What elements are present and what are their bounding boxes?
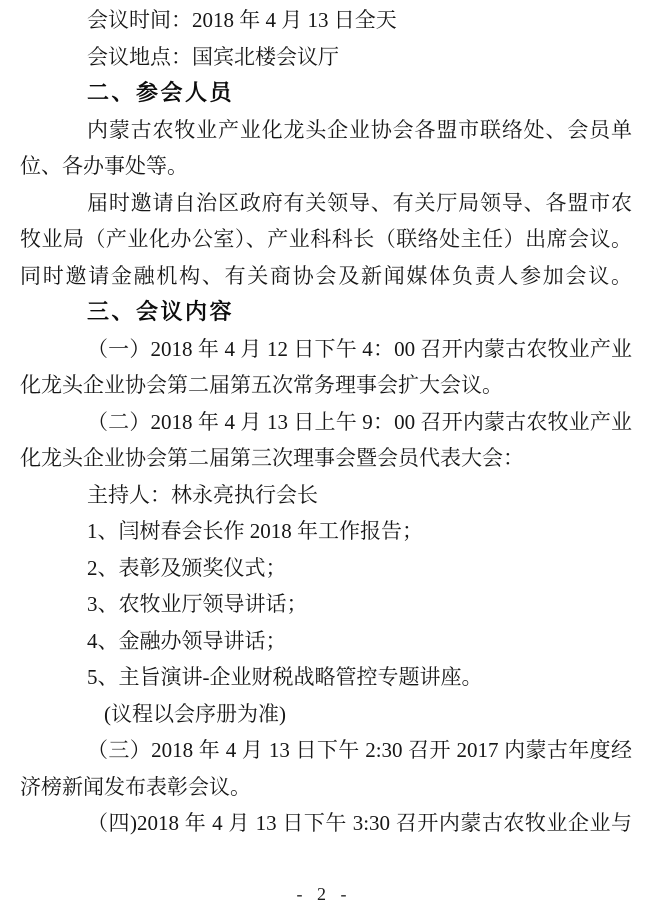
text-line: (议程以会序册为准) [0, 696, 648, 733]
document-body: 会议时间：2018 年 4 月 13 日全天会议地点：国宾北楼会议厅二、参会人员… [0, 2, 648, 842]
text-line: 济榜新闻发布表彰会议。 [0, 769, 648, 806]
section-heading: 二、参会人员 [0, 75, 648, 112]
text-line: 同时邀请金融机构、有关商协会及新闻媒体负责人参加会议。 [0, 258, 648, 295]
text-line: 化龙头企业协会第二届第五次常务理事会扩大会议。 [0, 367, 648, 404]
text-line: 会议地点：国宾北楼会议厅 [0, 39, 648, 76]
page-footer: - 2 - [0, 884, 648, 905]
text-line: 1、闫树春会长作 2018 年工作报告； [0, 513, 648, 550]
text-line: （一）2018 年 4 月 12 日下午 4：00 召开内蒙古农牧业产业 [0, 331, 648, 368]
text-line: （四)2018 年 4 月 13 日下午 3:30 召开内蒙古农牧业企业与 [0, 805, 648, 842]
text-line: 位、各办事处等。 [0, 148, 648, 185]
text-line: 届时邀请自治区政府有关领导、有关厅局领导、各盟市农 [0, 185, 648, 222]
text-line: 5、主旨演讲-企业财税战略管控专题讲座。 [0, 659, 648, 696]
text-line: 牧业局（产业化办公室）、产业科科长（联络处主任）出席会议。 [0, 221, 648, 258]
text-line: 内蒙古农牧业产业化龙头企业协会各盟市联络处、会员单 [0, 112, 648, 149]
section-heading: 三、会议内容 [0, 294, 648, 331]
text-line: 会议时间：2018 年 4 月 13 日全天 [0, 2, 648, 39]
document-page: 会议时间：2018 年 4 月 13 日全天会议地点：国宾北楼会议厅二、参会人员… [0, 0, 648, 921]
text-line: 4、金融办领导讲话； [0, 623, 648, 660]
text-line: （三）2018 年 4 月 13 日下午 2:30 召开 2017 内蒙古年度经 [0, 732, 648, 769]
text-line: （二）2018 年 4 月 13 日上午 9：00 召开内蒙古农牧业产业 [0, 404, 648, 441]
text-line: 化龙头企业协会第二届第三次理事会暨会员代表大会： [0, 440, 648, 477]
text-line: 3、农牧业厅领导讲话； [0, 586, 648, 623]
text-line: 主持人：林永亮执行会长 [0, 477, 648, 514]
text-line: 2、表彰及颁奖仪式； [0, 550, 648, 587]
page-number: - 2 - [297, 884, 352, 904]
